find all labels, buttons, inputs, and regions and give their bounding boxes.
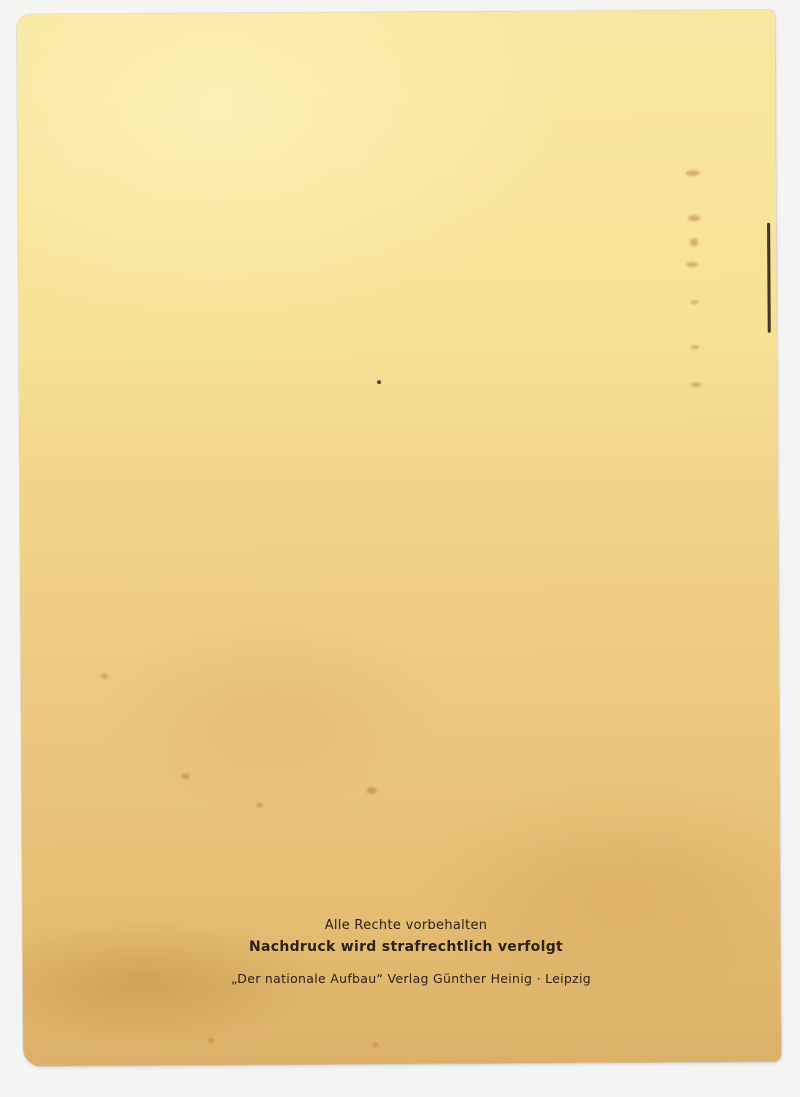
stain: [686, 170, 700, 176]
stain: [367, 787, 377, 794]
stain: [257, 803, 263, 808]
stain: [691, 300, 699, 304]
stain: [181, 773, 189, 779]
ink-dot: [377, 380, 381, 384]
rights-notice: Alle Rechte vorbehalten: [12, 918, 800, 933]
publisher-line: „Der nationale Aufbau“ Verlag Günther He…: [22, 971, 800, 986]
stain: [691, 382, 701, 387]
stain: [686, 262, 698, 267]
stain: [101, 674, 108, 679]
reprint-notice: Nachdruck wird strafrechtlich verfolgt: [12, 939, 800, 955]
stain: [208, 1038, 214, 1043]
stain: [691, 345, 699, 349]
imprint-block: Alle Rechte vorbehalten Nachdruck wird s…: [0, 918, 800, 986]
stain: [373, 1042, 378, 1047]
stain: [690, 238, 698, 246]
booklet-back-cover: [17, 10, 781, 1067]
staple: [767, 223, 771, 333]
stain: [688, 215, 700, 221]
